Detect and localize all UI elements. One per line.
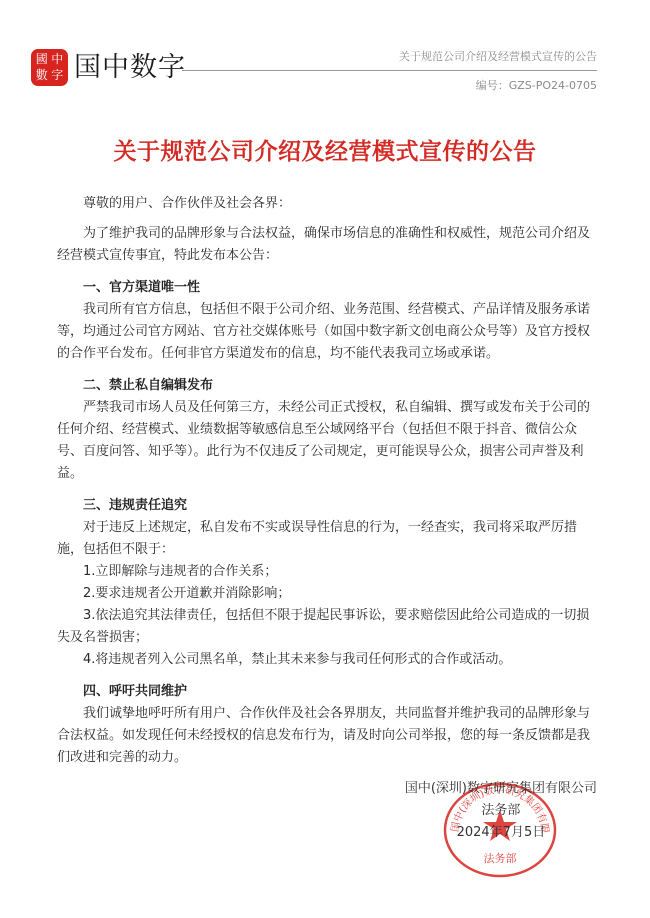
logo-char: 國 [34, 52, 50, 68]
doc-code: 编号：GZS-PO24-0705 [476, 77, 597, 93]
list-item: 1.立即解除与违规者的合作关系； [57, 561, 597, 583]
list-item: 2.要求违规者公开道歉并消除影响； [57, 583, 597, 605]
section-body: 我们诚挚地呼吁所有用户、合作伙伴及社会各界朋友，共同监督并维护我司的品牌形象与合… [57, 703, 597, 769]
signature-department: 法务部 [405, 800, 597, 822]
signature-company: 国中(深圳)数字研究集团有限公司 [405, 778, 597, 800]
greeting: 尊敬的用户、合作伙伴及社会各界： [57, 193, 597, 215]
section-heading: 三、违规责任追究 [57, 495, 597, 517]
logo-char: 數 [34, 68, 50, 84]
signature-date: 2024年7月5日 [405, 822, 597, 844]
logo-char: 中 [50, 52, 66, 68]
signature-block: 国中(深圳)数字研究集团有限公司 法务部 2024年7月5日 [405, 778, 597, 844]
list-item: 3.依法追究其法律责任，包括但不限于提起民事诉讼，要求赔偿因此给公司造成的一切损… [57, 605, 597, 649]
notice-body: 尊敬的用户、合作伙伴及社会各界： 为了维护我司的品牌形象与合法权益，确保市场信息… [57, 193, 597, 769]
header-divider [182, 70, 597, 71]
page-title: 关于规范公司介绍及经营模式宣传的公告 [0, 133, 650, 166]
header-doc-title: 关于规范公司介绍及经营模式宣传的公告 [399, 48, 597, 64]
svg-text:法务部: 法务部 [484, 851, 517, 865]
logo-mark: 國 中 數 字 [31, 49, 68, 86]
intro-paragraph: 为了维护我司的品牌形象与合法权益，确保市场信息的准确性和权威性，规范公司介绍及经… [57, 223, 597, 267]
brand-name: 国中数字 [74, 51, 186, 85]
section-heading: 一、官方渠道唯一性 [57, 277, 597, 299]
list-item: 4.将违规者列入公司黑名单，禁止其未来参与我司任何形式的合作或活动。 [57, 649, 597, 671]
logo-char: 字 [50, 68, 66, 84]
section-heading: 四、呼吁共同维护 [57, 681, 597, 703]
section-heading: 二、禁止私自编辑发布 [57, 375, 597, 397]
section-body: 严禁我司市场人员及任何第三方，未经公司正式授权，私自编辑、撰写或发布关于公司的任… [57, 397, 597, 485]
section-body: 我司所有官方信息，包括但不限于公司介绍、业务范围、经营模式、产品详情及服务承诺等… [57, 299, 597, 365]
section-body: 对于违反上述规定，私自发布不实或误导性信息的行为，一经查实，我司将采取严厉措施，… [57, 517, 597, 561]
